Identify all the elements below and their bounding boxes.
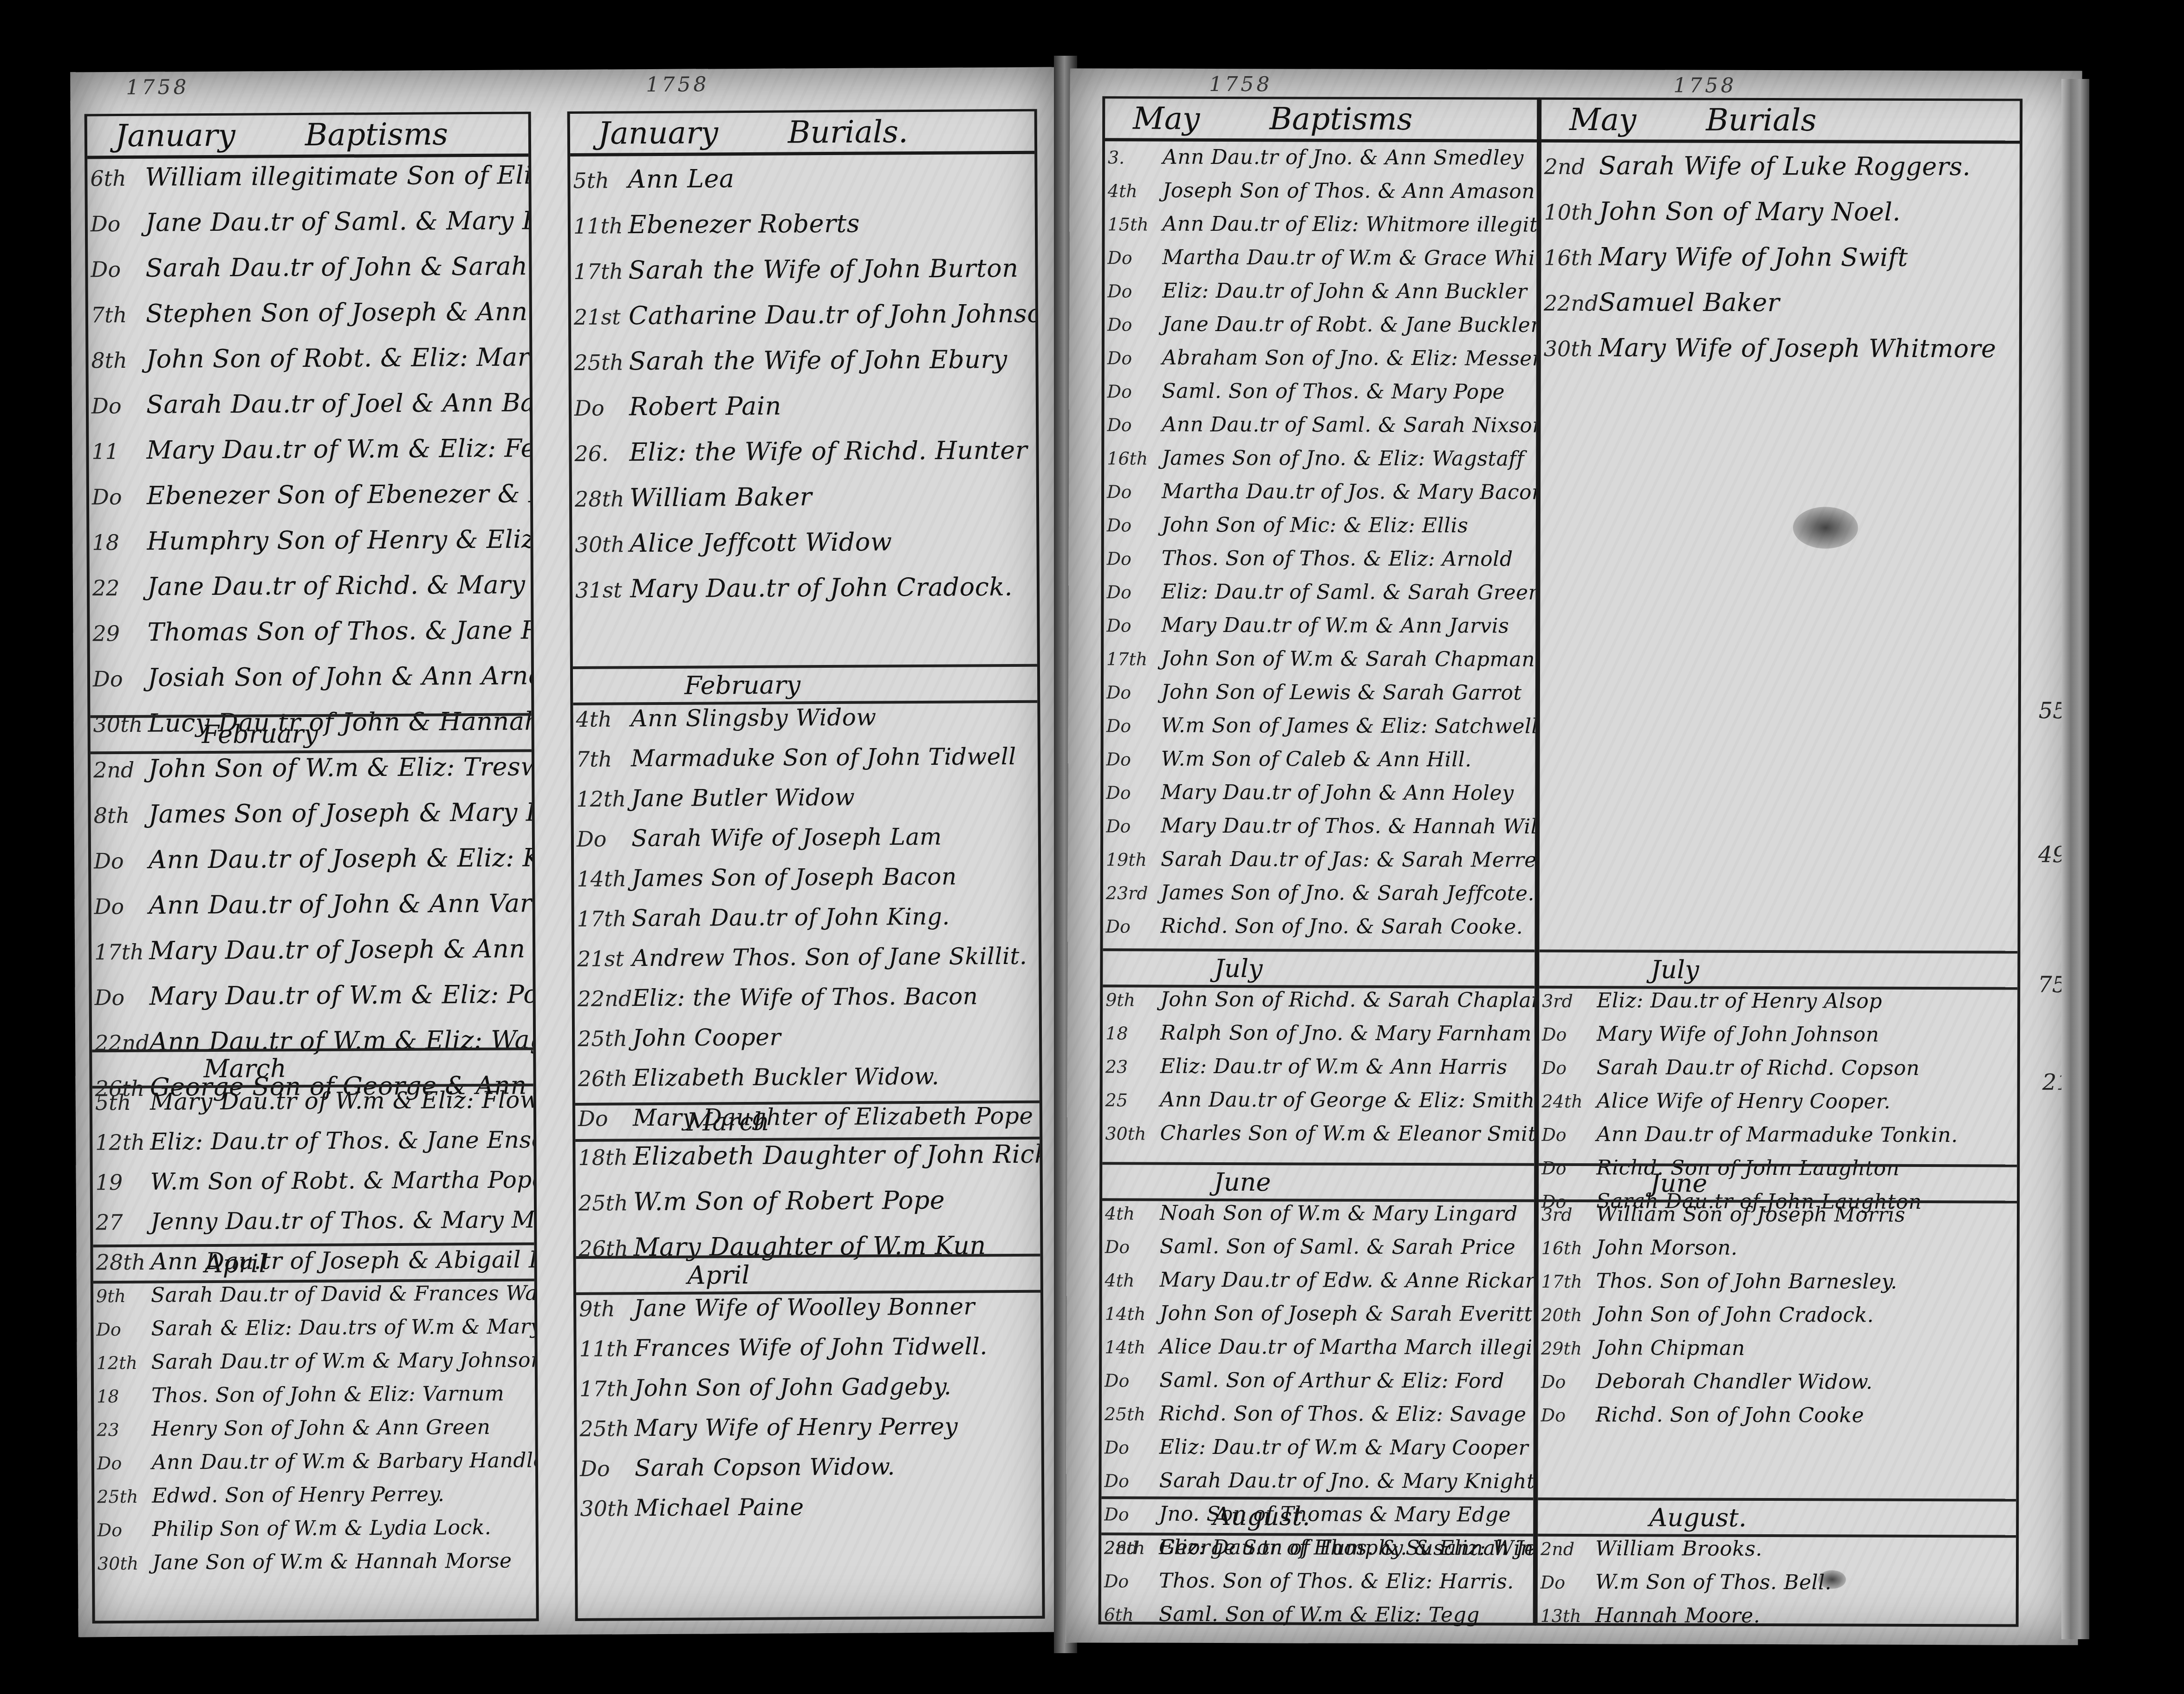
entry-text: John Son of John Cradock.: [1596, 1303, 1874, 1327]
entry-date: Do: [1105, 314, 1162, 335]
register-entry: DoMary Wife of John Johnson: [1539, 1022, 2017, 1057]
register-entry: 4thJoseph Son of Thos. & Ann Amason: [1105, 178, 1537, 213]
entry-date: 21st: [571, 304, 629, 330]
entry-text: Thos. Son of John Barnesley.: [1596, 1269, 1898, 1294]
entry-date: 25: [1103, 1090, 1160, 1110]
register-entry: 3rdEliz: Dau.tr of Henry Alsop: [1539, 989, 2017, 1023]
column-header-month: January: [115, 117, 235, 154]
entry-date: 2nd: [1538, 1539, 1595, 1559]
register-entry: 15thAnn Dau.tr of Eliz: Whitmore illegit…: [1105, 212, 1536, 246]
entry-text: Mary Dau.tr of John Cradock.: [630, 572, 1013, 603]
entry-text: Andrew Thos. Son of Jane Skillit.: [632, 943, 1027, 971]
entry-text: Mary Dau.tr of Thos. & Hannah Wilson: [1161, 814, 1535, 839]
right-page: 1758 1758 May Baptisms 3.Ann Dau.tr of J…: [1066, 68, 2082, 1645]
register-entry: 6thWilliam illegitimate Son of Elizabeth…: [87, 160, 529, 208]
entry-text: Richd. Son of Jno. & Sarah Cooke.: [1161, 914, 1523, 939]
entry-text: Alice Jeffcott Widow: [630, 527, 892, 558]
register-entry: 25thMary Wife of Henry Perrey: [577, 1413, 1041, 1455]
register-entry: 25thRichd. Son of Thos. & Eliz: Savage: [1102, 1401, 1534, 1436]
entry-date: Do: [1102, 1370, 1159, 1391]
entry-date: 30th: [1541, 336, 1599, 361]
entry-date: Do: [1538, 1572, 1595, 1593]
entry-date: Do: [1539, 1024, 1597, 1045]
register-entry: DoW.m Son of Caleb & Ann Hill.: [1103, 747, 1535, 781]
register-entry: 26.Eliz: the Wife of Richd. Hunter: [572, 436, 1036, 483]
entry-date: 22nd: [1541, 291, 1599, 316]
entry-date: 3rd: [1539, 1205, 1596, 1225]
entry-date: Do: [88, 257, 145, 282]
entry-date: Do: [1104, 482, 1162, 502]
section-may: 3.Ann Dau.tr of Jno. & Ann Smedley4thJos…: [1103, 145, 1537, 948]
register-entry: DoJosiah Son of John & Ann Arnold.: [90, 661, 532, 709]
entry-date: 25th: [576, 1190, 633, 1216]
register-entry: 2ndSarah Wife of Luke Roggers.: [1541, 151, 2020, 198]
entry-text: Jenny Dau.tr of Thos. & Mary Morris: [150, 1206, 534, 1235]
register-entry: 21stCatharine Dau.tr of John Johnson.: [571, 299, 1035, 347]
entry-text: Humphry Son of Henry & Eliz: Cart.: [147, 524, 531, 555]
register-entry: DoSaml. Son of Arthur & Eliz: Ford: [1102, 1368, 1534, 1402]
entry-date: 6th: [1101, 1604, 1159, 1625]
register-entry: 2ndWilliam Brooks.: [1538, 1537, 2016, 1571]
entry-text: John Son of Mary Noel.: [1599, 196, 1901, 227]
column-header-kind: Baptisms: [1269, 101, 1412, 137]
entry-text: Ann Dau.tr of George & Eliz: Smith: [1160, 1088, 1534, 1113]
entry-text: Mary Dau.tr of John & Ann Holey: [1161, 781, 1514, 805]
entry-text: Mary Wife of John Johnson: [1597, 1022, 1879, 1047]
entry-text: W.m Son of Robert Pope: [633, 1186, 945, 1217]
register-entry: 16thMary Wife of John Swift: [1541, 242, 2019, 289]
register-entry: 4thAnn Slingsby Widow: [573, 703, 1037, 745]
register-entry: DoEbenezer Son of Ebenezer & Mary Robert…: [89, 479, 531, 527]
register-entry: DoSaml. Son of Saml. & Sarah Price: [1102, 1234, 1534, 1269]
left-page: 1758 1758 January Baptisms 6thWilliam il…: [70, 67, 1063, 1637]
entry-text: Mary Dau.tr of Edw. & Anne Rickard: [1160, 1268, 1534, 1293]
register-entry: DoSarah Dau.tr of Joel & Ann Bacon: [89, 388, 530, 436]
register-entry: DoMartha Dau.tr of W.m & Grace Whitway: [1105, 245, 1536, 280]
entry-text: Mary Wife of Henry Perrey: [634, 1413, 958, 1442]
entry-date: Do: [88, 211, 145, 237]
entry-text: Richd. Son of John Cooke: [1596, 1403, 1864, 1427]
column-header-kind: Baptisms: [305, 116, 448, 153]
entry-text: Jane Son of W.m & Hannah Morse: [152, 1549, 512, 1575]
entry-date: 4th: [1102, 1270, 1160, 1290]
register-entry: 2ndJohn Son of W.m & Eliz: Treswell: [91, 752, 532, 800]
register-entry: DoSarah Dau.tr of Richd. Copson: [1539, 1055, 2017, 1090]
column-header: May Baptisms: [1105, 98, 1537, 142]
column-header: January Burials.: [570, 111, 1034, 156]
entry-date: Do: [577, 1456, 635, 1481]
section-april: April9thJane Wife of Woolley Bonner11thF…: [576, 1254, 1042, 1535]
register-entry: 17thThos. Son of John Barnesley.: [1538, 1269, 2016, 1304]
section-july: July9thJohn Son of Richd. & Sarah Chapla…: [1102, 948, 1534, 1155]
register-entry: DoRichd. Son of John Cooke: [1538, 1403, 2016, 1438]
entry-text: Eliz: Dau.tr of W.m & Mary Cooper: [1159, 1435, 1529, 1460]
entry-text: Mary Dau.tr of W.m & Ann Jarvis: [1161, 613, 1509, 638]
register-entry: 8thJames Son of Joseph & Mary Bacon: [91, 797, 532, 845]
entry-date: 8th: [88, 348, 146, 373]
entry-text: Jane Butler Widow: [631, 784, 855, 812]
burials-column-right: May Burials 2ndSarah Wife of Luke Rogger…: [1535, 98, 2023, 1627]
register-entry: DoW.m Son of James & Eliz: Satchwell: [1104, 713, 1535, 748]
register-entry: 16thJohn Morson.: [1539, 1236, 2017, 1270]
entry-date: 23rd: [1103, 883, 1161, 903]
entry-text: Eliz: Dau.tr of Henry Alsop: [1597, 989, 1882, 1013]
entry-date: 25th: [571, 350, 629, 375]
register-entry: 25thJohn Cooper: [575, 1023, 1039, 1065]
entry-date: Do: [1103, 916, 1161, 937]
entry-text: John Cooper: [632, 1024, 781, 1052]
entry-date: Do: [1539, 1058, 1597, 1078]
entry-date: Do: [1104, 582, 1161, 602]
entry-date: Do: [1104, 515, 1162, 535]
entry-text: Ann Dau.tr of John & Ann Varnum: [149, 888, 533, 919]
entry-date: 14th: [1102, 1303, 1159, 1324]
entry-text: Samuel Baker: [1599, 287, 1780, 317]
entry-date: Do: [94, 1453, 152, 1474]
register-entry: 30thJane Son of W.m & Hannah Morse: [95, 1549, 536, 1584]
register-entry: DoAnn Dau.tr of Joseph & Eliz: Kingston: [91, 843, 533, 891]
register-entry: 17thJohn Son of W.m & Sarah Chapman: [1104, 646, 1535, 681]
entry-text: Mary Wife of John Swift: [1599, 242, 1908, 272]
register-entry: 19W.m Son of Robt. & Martha Pope: [93, 1166, 534, 1208]
entry-date: 17th: [1539, 1271, 1596, 1292]
register-entry: 7thMarmaduke Son of John Tidwell: [573, 743, 1038, 785]
entry-text: Sarah Dau.tr of John & Sarah Knight: [145, 251, 529, 282]
entry-text: Mary Dau.tr of W.m & Eliz: Ferman: [146, 433, 530, 464]
column-header-month: May: [1569, 102, 1636, 137]
register-entry: DoEliz: Dau.tr of Saml. & Sarah Green: [1104, 580, 1535, 614]
entry-text: Saml. Son of W.m & Eliz: Tegg: [1159, 1603, 1480, 1627]
register-entry: 5thMary Dau.tr of W.m & Eliz: Flowers: [92, 1086, 533, 1128]
register-entry: DoAbraham Son of Jno. & Eliz: Messenger: [1105, 345, 1536, 380]
register-entry: 10thJohn Son of Mary Noel.: [1541, 196, 2019, 243]
entry-date: Do: [1105, 248, 1162, 268]
entry-text: Edwd. Son of Henry Perrey.: [152, 1482, 444, 1507]
section-june: June3rdWilliam Son of Joseph Morris16thJ…: [1538, 1163, 2017, 1438]
entry-date: 2nd: [91, 757, 148, 783]
register-entry: DoRichd. Son of Jno. & Sarah Cooke.: [1103, 914, 1534, 948]
entry-date: 16th: [1539, 1238, 1596, 1258]
entry-date: 5th: [570, 168, 628, 193]
entry-text: Eliz: Dau.tr of Thos. & Jane Ensor: [150, 1126, 533, 1155]
section-august: August.2ndWilliam Brooks.DoW.m Son of Th…: [1538, 1498, 2016, 1638]
entry-date: Do: [93, 1319, 151, 1340]
entry-text: Joseph Son of Thos. & Ann Amason: [1163, 179, 1535, 203]
entry-text: Sarah & Eliz: Dau.trs of W.m & Mary John…: [151, 1315, 534, 1340]
register-entry: DoSarah Dau.tr of John & Sarah Knight: [88, 251, 529, 299]
entry-date: Do: [1104, 548, 1162, 569]
page-edges: [2061, 79, 2089, 1639]
register-entry: 19thSarah Dau.tr of Jas: & Sarah Merrey: [1103, 847, 1535, 881]
column-header-month: January: [598, 115, 718, 151]
entry-date: Do: [89, 484, 147, 510]
entry-text: Elizabeth Buckler Widow.: [632, 1063, 939, 1091]
entry-text: Henry Son of John & Ann Green: [151, 1415, 490, 1441]
register-entry: DoMary Dau.tr of W.m & Eliz: Pope.: [91, 979, 533, 1027]
register-entry: 22ndSamuel Baker: [1541, 287, 2019, 334]
entry-date: 9th: [93, 1286, 151, 1307]
entry-text: Ralph Son of Jno. & Mary Farnham: [1160, 1021, 1532, 1046]
section-february: February4thAnn Slingsby Widow7thMarmaduk…: [573, 664, 1040, 1145]
entry-text: Jane Dau.tr of Richd. & Mary Ebury: [147, 570, 531, 601]
entry-date: 13th: [1538, 1606, 1595, 1626]
register-entry: DoSarah & Eliz: Dau.trs of W.m & Mary Jo…: [93, 1315, 534, 1350]
month-heading: August.: [1101, 1496, 1533, 1536]
register-entry: 11Mary Dau.tr of W.m & Eliz: Ferman: [89, 433, 530, 481]
entry-date: Do: [1538, 1372, 1596, 1392]
entry-date: Do: [1103, 749, 1161, 769]
entry-text: Sarah Dau.tr of Joel & Ann Bacon: [146, 388, 530, 419]
register-entry: DoJohn Son of Lewis & Sarah Garrot: [1104, 680, 1535, 714]
entry-date: 11: [89, 439, 146, 464]
entry-date: 9th: [576, 1296, 634, 1322]
register-entry: 27Jenny Dau.tr of Thos. & Mary Morris: [93, 1206, 534, 1248]
entry-text: Eliz: the Wife of Thos. Bacon: [632, 983, 978, 1011]
register-entry: 30thAlice Jeffcott Widow: [572, 527, 1036, 574]
entry-text: John Son of Robt. & Eliz: Marson: [146, 342, 530, 373]
entry-text: Alice Dau.tr of Martha March illegitimat…: [1159, 1335, 1534, 1360]
entry-date: 15th: [1105, 214, 1163, 235]
entry-text: Josiah Son of John & Ann Arnold.: [148, 661, 532, 692]
register-entry: DoSaml. Son of Thos. & Mary Pope: [1105, 379, 1536, 413]
entry-text: Marmaduke Son of John Tidwell: [631, 743, 1016, 772]
month-heading: February: [90, 713, 531, 754]
entry-date: Do: [91, 848, 149, 874]
column-header-kind: Burials: [1706, 102, 1816, 138]
register-entry: DoDeborah Chandler Widow.: [1538, 1369, 2016, 1404]
register-entry: 22ndEliz: the Wife of Thos. Bacon: [574, 983, 1039, 1025]
entry-date: 31st: [572, 577, 630, 603]
register-entry: 11thEbenezer Roberts: [571, 208, 1035, 256]
entry-text: Hannah Moore.: [1595, 1603, 1761, 1628]
entry-date: 26.: [572, 441, 629, 466]
column-header-kind: Burials.: [788, 114, 908, 150]
entry-date: 30th: [95, 1553, 152, 1574]
entry-text: Saml. Son of Thos. & Mary Pope: [1162, 379, 1505, 404]
entry-text: W.m Son of Caleb & Ann Hill.: [1161, 747, 1471, 772]
entry-text: William illegitimate Son of Elizabeth Ra…: [145, 160, 529, 191]
entry-text: Thos. Son of Thos. & Eliz: Arnold: [1162, 547, 1513, 571]
entry-text: James Son of Jno. & Eliz: Wagstaff: [1162, 446, 1524, 471]
entry-text: Saml. Son of Arthur & Eliz: Ford: [1159, 1368, 1504, 1393]
entry-text: John Son of W.m & Sarah Chapman: [1161, 647, 1535, 671]
section-august: August.2ndGeorge Son of Thos. & Susannah…: [1101, 1496, 1534, 1636]
entry-text: James Son of Joseph Bacon: [631, 863, 957, 892]
register-entry: DoAnn Dau.tr of John & Ann Varnum: [91, 888, 533, 936]
register-entry: 21stAndrew Thos. Son of Jane Skillit.: [574, 943, 1039, 985]
month-heading: July: [1539, 950, 2017, 990]
entry-text: Sarah Dau.tr of Jno. & Mary Knight: [1159, 1469, 1533, 1493]
entry-text: Ann Dau.tr of W.m & Barbary Handley: [152, 1448, 535, 1474]
entry-date: Do: [1539, 1125, 1596, 1145]
register-entry: 31stMary Dau.tr of John Cradock.: [572, 572, 1037, 620]
entry-date: 11th: [571, 213, 628, 239]
register-entry: 4thMary Dau.tr of Edw. & Anne Rickard: [1102, 1268, 1534, 1302]
entry-date: Do: [1538, 1405, 1596, 1426]
register-entry: 30thMary Wife of Joseph Whitmore: [1541, 333, 2019, 380]
entry-date: Do: [1103, 782, 1161, 803]
year-heading-baptisms-left: 1758: [126, 75, 189, 99]
entry-date: 27: [93, 1210, 150, 1235]
register-entry: DoAnn Dau.tr of Marmaduke Tonkin.: [1539, 1122, 2017, 1157]
entry-date: Do: [574, 826, 631, 852]
month-heading: June: [1539, 1163, 2017, 1204]
entry-date: 20th: [1538, 1305, 1596, 1325]
entry-date: 12th: [573, 786, 631, 812]
entry-date: 25th: [94, 1486, 152, 1507]
entry-date: Do: [1101, 1471, 1159, 1491]
section-january: 6thWilliam illegitimate Son of Elizabeth…: [87, 160, 532, 754]
entry-text: John Son of John Gadgeby.: [634, 1373, 951, 1402]
entry-text: Sarah the Wife of John Ebury: [629, 345, 1007, 376]
entry-text: Michael Paine: [635, 1493, 804, 1521]
entry-date: 25th: [1102, 1404, 1159, 1424]
entry-text: Thomas Son of Thos. & Jane Reeder: [147, 615, 531, 646]
entry-date: 25th: [575, 1026, 632, 1051]
register-entry: 16thJames Son of Jno. & Eliz: Wagstaff: [1104, 446, 1536, 480]
entry-text: William Baker: [630, 482, 812, 512]
entry-text: Eliz: Dau.tr of John & Ann Buckler: [1162, 279, 1527, 304]
register-entry: DoJohn Son of Mic: & Eliz: Ellis: [1104, 513, 1536, 547]
entry-text: Jane Wife of Woolley Bonner: [634, 1293, 975, 1322]
entry-text: Eliz: the Wife of Richd. Hunter: [629, 436, 1027, 467]
register-entry: 9thJane Wife of Woolley Bonner: [576, 1293, 1040, 1335]
register-entry: DoMary Dau.tr of Thos. & Hannah Wilson: [1103, 814, 1535, 848]
entry-date: 12th: [94, 1353, 151, 1374]
entry-date: Do: [1101, 1571, 1159, 1591]
entry-date: 22nd: [575, 986, 632, 1011]
entry-date: Do: [95, 1520, 152, 1541]
entry-text: W.m Son of Thos. Bell.: [1595, 1570, 1832, 1594]
month-heading: April: [576, 1254, 1040, 1295]
register-entry: 17thMary Dau.tr of Joseph & Ann Ward: [91, 934, 533, 982]
entry-date: 29: [90, 621, 147, 646]
entry-text: John Son of Mic: & Eliz: Ellis: [1162, 513, 1469, 538]
entry-text: Mary Dau.tr of W.m & Eliz: Flowers: [150, 1086, 533, 1115]
entry-text: Martha Dau.tr of W.m & Grace Whitway: [1162, 246, 1536, 270]
entry-text: Philip Son of W.m & Lydia Lock.: [152, 1516, 491, 1541]
register-entry: 23Eliz: Dau.tr of W.m & Ann Harris: [1103, 1054, 1534, 1088]
entry-text: John Chipman: [1596, 1336, 1745, 1360]
ink-smudge: [1793, 507, 1858, 548]
entry-date: Do: [1105, 348, 1162, 368]
register-entry: DoAnn Dau.tr of W.m & Barbary Handley: [94, 1448, 535, 1484]
register-entry: DoJane Dau.tr of Saml. & Mary Butler: [88, 206, 529, 254]
entry-date: 4th: [573, 706, 630, 732]
entry-date: 17th: [571, 259, 628, 284]
register-entry: 9thJohn Son of Richd. & Sarah Chaplain: [1103, 987, 1534, 1022]
register-entry: 3.Ann Dau.tr of Jno. & Ann Smedley: [1105, 145, 1537, 179]
register-entry: DoThos. Son of Thos. & Eliz: Harris.: [1101, 1569, 1533, 1603]
section-january: 5thAnn Lea11thEbenezer Roberts17thSarah …: [570, 163, 1037, 620]
register-entry: DoEliz: Dau.tr of W.m & Mary Cooper: [1102, 1435, 1534, 1469]
entry-text: Elizabeth Daughter of John Rickard: [633, 1140, 1040, 1171]
entry-date: 10th: [1541, 200, 1599, 225]
register-entry: 28thWilliam Baker: [572, 481, 1036, 529]
entry-text: Noah Son of W.m & Mary Lingard: [1160, 1201, 1518, 1226]
entry-text: Deborah Chandler Widow.: [1596, 1369, 1873, 1394]
entry-text: Eliz: Dau.tr of Saml. & Sarah Green: [1161, 580, 1535, 605]
entry-date: 18: [94, 1386, 151, 1407]
section-may: 2ndSarah Wife of Luke Roggers.10thJohn S…: [1541, 151, 2020, 380]
month-heading: March: [92, 1047, 533, 1088]
section-march: March18thElizabeth Daughter of John Rick…: [575, 1101, 1040, 1278]
entry-date: 23: [1103, 1056, 1160, 1077]
entry-date: 16th: [1541, 245, 1599, 270]
entry-date: 3rd: [1539, 991, 1597, 1011]
entry-text: John Son of Richd. & Sarah Chaplain: [1160, 988, 1534, 1012]
entry-text: William Son of Joseph Morris: [1596, 1202, 1905, 1227]
entry-text: Sarah Dau.tr of John King.: [632, 903, 950, 932]
register-entry: 9thSarah Dau.tr of David & Frances Wagst…: [93, 1281, 534, 1317]
column-header: January Baptisms: [87, 114, 528, 159]
entry-text: John Son of Joseph & Sarah Everitt: [1159, 1302, 1532, 1326]
ink-smudge: [1818, 1570, 1846, 1589]
register-entry: 24thAlice Wife of Henry Cooper.: [1539, 1089, 2017, 1124]
entry-date: 16th: [1104, 448, 1162, 469]
entry-text: Sarah Dau.tr of W.m & Mary Johnson: [151, 1348, 535, 1374]
register-entry: 25thEdwd. Son of Henry Perrey.: [94, 1482, 535, 1518]
column-header-month: May: [1133, 101, 1200, 137]
register-entry: 14thJames Son of Joseph Bacon: [574, 863, 1038, 905]
entry-date: 6th: [87, 166, 145, 191]
register-entry: 5thAnn Lea: [570, 163, 1034, 210]
register-entry: 14thAlice Dau.tr of Martha March illegit…: [1102, 1335, 1534, 1369]
register-entry: 12thEliz: Dau.tr of Thos. & Jane Ensor: [92, 1126, 533, 1168]
entry-text: Ann Dau.tr of Joseph & Eliz: Kingston: [149, 843, 533, 874]
register-entry: 17thSarah the Wife of John Burton: [571, 254, 1035, 301]
entry-date: 21st: [574, 946, 632, 971]
entry-text: Sarah Wife of Joseph Lam: [631, 823, 942, 852]
entry-text: Ann Dau.tr of Saml. & Sarah Nixson: [1162, 413, 1536, 437]
register-entry: 29Thomas Son of Thos. & Jane Reeder: [90, 615, 531, 663]
entry-date: 23: [94, 1420, 151, 1440]
entry-date: 17th: [574, 906, 632, 932]
entry-date: 4th: [1102, 1203, 1160, 1224]
year-heading-burials-left: 1758: [646, 72, 709, 97]
entry-date: 14th: [1102, 1337, 1159, 1357]
entry-text: George Son of Thos. & Susannah Jelley: [1159, 1536, 1533, 1560]
entry-text: Ebenezer Roberts: [628, 209, 860, 240]
entry-text: John Son of Lewis & Sarah Garrot: [1161, 680, 1522, 705]
entry-text: Jane Dau.tr of Robt. & Jane Buckler: [1162, 313, 1536, 337]
entry-text: Ann Slingsby Widow: [630, 704, 876, 732]
entry-date: Do: [1105, 281, 1162, 301]
month-heading: April: [93, 1242, 534, 1284]
entry-date: 14th: [574, 866, 631, 892]
entry-text: W.m Son of Robt. & Martha Pope: [150, 1166, 534, 1195]
register-entry: 30thMichael Paine: [577, 1492, 1041, 1535]
entry-date: Do: [1102, 1437, 1159, 1458]
register-entry: DoMartha Dau.tr of Jos. & Mary Bacon: [1104, 479, 1536, 514]
entry-date: 5th: [92, 1090, 150, 1115]
entry-date: 3.: [1105, 147, 1163, 168]
month-heading: February: [573, 664, 1037, 705]
entry-date: 18th: [575, 1145, 633, 1170]
entry-text: Jane Dau.tr of Saml. & Mary Butler: [145, 206, 529, 237]
entry-text: Ebenezer Son of Ebenezer & Mary Roberts: [147, 479, 531, 510]
register-entry: 14thJohn Son of Joseph & Sarah Everitt: [1102, 1301, 1534, 1336]
register-entry: 13thHannah Moore.: [1538, 1603, 2016, 1638]
register-entry: 25Ann Dau.tr of George & Eliz: Smith: [1103, 1088, 1534, 1122]
register-entry: DoPhilip Son of W.m & Lydia Lock.: [94, 1515, 535, 1551]
entry-date: 18: [89, 530, 147, 555]
entry-date: Do: [572, 395, 629, 421]
entry-date: Do: [1103, 816, 1161, 836]
entry-date: 11th: [576, 1336, 634, 1362]
column-header: May Burials: [1541, 100, 2020, 144]
entry-date: 8th: [91, 803, 148, 828]
